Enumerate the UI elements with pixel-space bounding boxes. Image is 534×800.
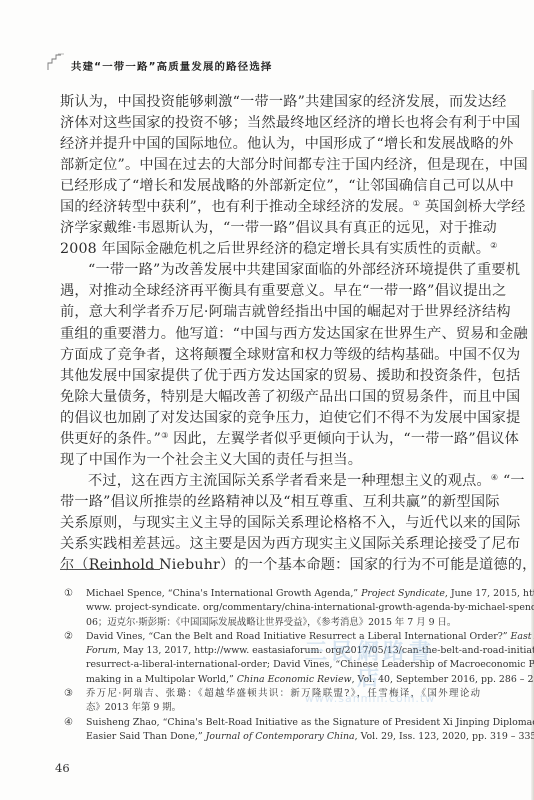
footnote-ref-2[interactable]: ② bbox=[490, 241, 497, 250]
paragraph-start: 不过，这在西方主流国际关系学者看来是一种理想主义的观点。④ “一 bbox=[60, 471, 480, 492]
body-line: 带一路”倡议所推崇的丝路精神以及“相互尊重、互利共赢”的新型国际 bbox=[60, 492, 480, 513]
body-line: 经济并提升中国的国际地位。他认为，中国形成了“增长和发展战略的外 bbox=[60, 134, 480, 155]
body-line: 已经形成了“增长和发展战略的外部新定位”，“让邻国确信自己可以从中 bbox=[60, 176, 480, 197]
body-line: 供更好的条件。”③ 因此，左翼学者似乎更倾向于认为，“一带一路”倡议体 bbox=[60, 429, 480, 450]
footnote-2: ② David Vines, “Can the Belt and Road In… bbox=[60, 630, 480, 687]
body-text: 斯认为，中国投资能够刺激“一带一路”共建国家的经济发展，而发达经 济体对这些国家… bbox=[60, 92, 480, 576]
body-line: 遇，对推动全球经济再平衡具有重要意义。早在“一带一路”倡议提出之 bbox=[60, 281, 480, 302]
paragraph-start: “一带一路”为改善发展中共建国家面临的外部经济环境提供了重要机 bbox=[60, 260, 480, 281]
footnote-number: ③ bbox=[64, 687, 73, 701]
footnote-3: ③ 乔万尼·阿瑞吉、张璐：《超越华盛顿共识：新万隆联盟?》，任雪梅译，《国外理论… bbox=[60, 687, 480, 716]
footnote-number: ④ bbox=[64, 716, 73, 730]
body-line: 济体对这些国家的投资不够；当然最终地区经济的增长也将会有利于中国 bbox=[60, 113, 480, 134]
footnote-ref-3[interactable]: ③ bbox=[161, 431, 168, 440]
body-line: 免除大量债务，特别是大幅改善了初级产品出口国的贸易条件，而且中国 bbox=[60, 387, 480, 408]
footnote-number: ② bbox=[64, 630, 73, 644]
running-header-title: 共建“一带一路”高质量发展的路径选择 bbox=[71, 58, 273, 73]
footnote-separator bbox=[60, 569, 160, 570]
body-line: 2008 年国际金融危机之后世界经济的稳定增长具有实质性的贡献。② bbox=[60, 239, 480, 260]
body-line: 的倡议也加剧了对发达国家的竞争压力，迫使它们不得不为发展中国家提 bbox=[60, 408, 480, 429]
page-number: 46 bbox=[55, 761, 70, 775]
body-line: 国的经济转型中获利”，也有利于推动全球经济的发展。① 英国剑桥大学经 bbox=[60, 197, 480, 218]
body-line: 尔（Reinhold Niebuhr）的一个基本命题：国家的行为不可能是道德的，… bbox=[60, 555, 480, 576]
body-line: 重组的重要潜力。他写道：“中国与西方发达国家在世界生产、贸易和金融 bbox=[60, 324, 480, 345]
body-line: 现了中国作为一个社会主义大国的责任与担当。 bbox=[60, 450, 480, 471]
footnote-number: ① bbox=[64, 587, 73, 601]
footnote-1: ① Michael Spence, “China's International… bbox=[60, 587, 480, 630]
footnote-url[interactable]: , May 13, 2017, http://www. eastasiaforu… bbox=[117, 645, 534, 656]
footnote-ref-4[interactable]: ④ bbox=[491, 473, 498, 482]
body-line: 部新定位”。中国在过去的大部分时间都专注于国内经济，但是现在，中国 bbox=[60, 155, 480, 176]
footnote-ref-1[interactable]: ① bbox=[413, 199, 420, 208]
body-line: 济学家戴维·韦恩斯认为，“一带一路”倡议具有真正的远见，对于推动 bbox=[60, 218, 480, 239]
stairs-corner-icon bbox=[47, 53, 67, 71]
body-line: 其他发展中国家提供了优于西方发达国家的贸易、援助和投资条件，包括 bbox=[60, 366, 480, 387]
body-line: 方面成了竞争者，这将颠覆全球财富和权力等级的结构基础。中国不仅为 bbox=[60, 345, 480, 366]
footnotes: ① Michael Spence, “China's International… bbox=[60, 587, 480, 744]
body-line: 关系原则，与现实主义主导的国际关系理论格格不入，与近代以来的国际 bbox=[60, 513, 480, 534]
body-line: 关系实践相差甚远。这主要是因为西方现实主义国际关系理论接受了尼布 bbox=[60, 534, 480, 555]
body-line: 前，意大利学者乔万尼·阿瑞吉就曾经指出中国的崛起对于世界经济结构 bbox=[60, 302, 480, 323]
body-line: 斯认为，中国投资能够刺激“一带一路”共建国家的经济发展，而发达经 bbox=[60, 92, 480, 113]
footnote-4: ④ Suisheng Zhao, “China's Belt-Road Init… bbox=[60, 716, 480, 745]
